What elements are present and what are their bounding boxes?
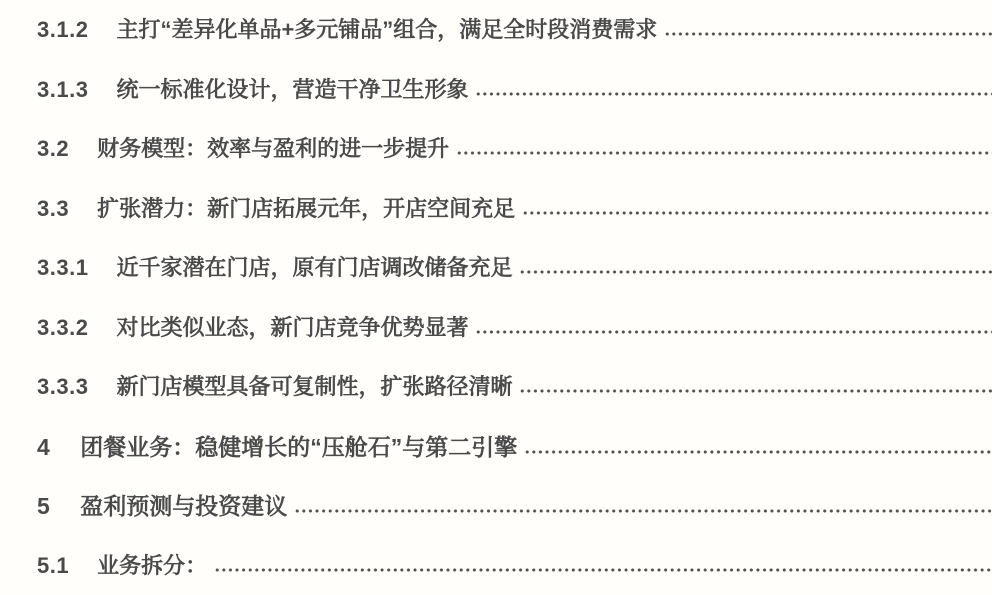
dot-leader <box>476 329 992 335</box>
dot-leader <box>215 567 992 573</box>
dot-leader <box>520 388 992 394</box>
dot-leader <box>665 31 992 37</box>
toc-entry-number: 5 <box>37 491 50 521</box>
toc-entry-title: 统一标准化设计，营造干净卫生形象 <box>116 75 468 105</box>
toc-entry[interactable]: 3.2 财务模型：效率与盈利的进一步提升 <box>37 134 992 164</box>
toc-entry-title: 对比类似业态，新门店竞争优势显著 <box>116 313 468 343</box>
toc-entry-number: 3.1.2 <box>37 15 88 45</box>
toc-entry[interactable]: 5.1 业务拆分： <box>37 551 992 581</box>
table-of-contents: 3.1.2 主打“差异化单品+多元铺品”组合，满足全时段消费需求 3.1.3 统… <box>37 15 992 581</box>
toc-entry[interactable]: 4 团餐业务：稳健增长的“压舱石”与第二引擎 <box>37 432 992 462</box>
toc-entry-number: 3.2 <box>37 134 69 164</box>
dot-leader <box>523 210 992 216</box>
dot-leader <box>476 91 992 97</box>
dot-leader <box>525 449 992 455</box>
toc-entry-title: 扩张潜力：新门店拓展元年，开店空间充足 <box>97 194 515 224</box>
toc-entry-title: 财务模型：效率与盈利的进一步提升 <box>97 134 449 164</box>
toc-entry[interactable]: 3.3.3 新门店模型具备可复制性，扩张路径清晰 <box>37 372 992 402</box>
dot-leader <box>457 150 992 156</box>
toc-entry-title: 主打“差异化单品+多元铺品”组合，满足全时段消费需求 <box>116 15 657 45</box>
toc-entry[interactable]: 3.3 扩张潜力：新门店拓展元年，开店空间充足 <box>37 194 992 224</box>
toc-entry-title: 盈利预测与投资建议 <box>80 491 287 521</box>
toc-entry[interactable]: 5 盈利预测与投资建议 <box>37 491 992 521</box>
toc-entry[interactable]: 3.3.1 近千家潜在门店，原有门店调改储备充足 <box>37 253 992 283</box>
toc-entry-title: 近千家潜在门店，原有门店调改储备充足 <box>116 253 512 283</box>
toc-entry-number: 5.1 <box>37 551 69 581</box>
toc-entry-number: 3.3 <box>37 194 69 224</box>
toc-entry[interactable]: 3.3.2 对比类似业态，新门店竞争优势显著 <box>37 313 992 343</box>
toc-entry[interactable]: 3.1.2 主打“差异化单品+多元铺品”组合，满足全时段消费需求 <box>37 15 992 45</box>
toc-entry[interactable]: 3.1.3 统一标准化设计，营造干净卫生形象 <box>37 75 992 105</box>
toc-entry-number: 3.3.2 <box>37 313 88 343</box>
toc-entry-title: 团餐业务：稳健增长的“压舱石”与第二引擎 <box>80 432 517 462</box>
toc-entry-title: 新门店模型具备可复制性，扩张路径清晰 <box>116 372 512 402</box>
toc-page: 3.1.2 主打“差异化单品+多元铺品”组合，满足全时段消费需求 3.1.3 统… <box>0 0 992 595</box>
dot-leader <box>295 508 992 514</box>
toc-entry-number: 3.3.3 <box>37 372 88 402</box>
toc-entry-number: 4 <box>37 432 50 462</box>
document-page: { "colors": { "text": "#4a4a4a", "dots":… <box>0 0 992 595</box>
toc-entry-number: 3.3.1 <box>37 253 88 283</box>
toc-entry-title: 业务拆分： <box>97 551 207 581</box>
dot-leader <box>520 269 992 275</box>
toc-entry-number: 3.1.3 <box>37 75 88 105</box>
